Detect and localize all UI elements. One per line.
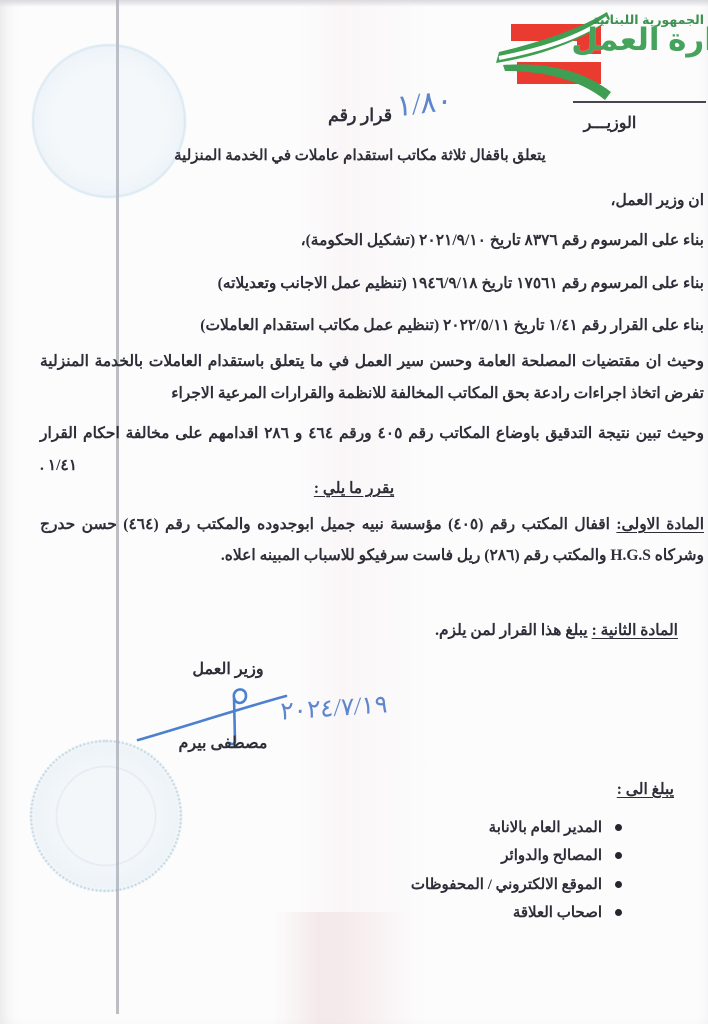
distribution-list: المدير العام بالانابة المصالح والدوائر ا… xyxy=(411,813,622,927)
decision-heading: يقرر ما يلي : xyxy=(0,479,708,498)
ministry-title: وزارة العمل xyxy=(590,22,708,58)
scan-smudge-bottom xyxy=(272,912,412,1024)
list-item: المصالح والدوائر xyxy=(411,842,622,871)
bullet-icon xyxy=(615,852,622,859)
list-item-label: المدير العام بالانابة xyxy=(489,818,602,837)
preamble-clause: وحيث تبين نتيجة التدقيق باوضاع المكاتب ر… xyxy=(40,418,704,481)
bullet-icon xyxy=(615,881,622,888)
article-two-label: المادة الثانية : xyxy=(592,622,678,639)
list-item-label: الموقع الالكتروني / المحفوظات xyxy=(411,875,602,894)
scanned-decree-page: الجمهورية اللبنانية وزارة العمل الوزيـــ… xyxy=(0,0,708,1024)
minister-label: الوزيـــر xyxy=(562,113,658,133)
decree-subject: يتعلق باقفال ثلاثة مكاتب استقدام عاملات … xyxy=(150,146,570,165)
preamble-clause: وحيث ان مقتضيات المصلحة العامة وحسن سير … xyxy=(40,346,704,409)
list-item: المدير العام بالانابة xyxy=(411,813,622,842)
article-two-text: يبلغ هذا القرار لمن يلزم. xyxy=(435,622,588,639)
bullet-icon xyxy=(615,824,622,831)
bullet-icon xyxy=(615,909,622,916)
header-divider xyxy=(573,101,706,103)
preamble-opening: ان وزير العمل، xyxy=(611,191,704,210)
round-stamp-faint-bottom xyxy=(30,740,182,892)
preamble-clause: بناء على المرسوم رقم ١٧٥٦١ تاريخ ١٩٤٦/٩/… xyxy=(218,274,704,293)
article-one: المادة الاولى: اقفال المكتب رقم (٤٠٥) مؤ… xyxy=(40,510,704,571)
article-two: المادة الثانية : يبلغ هذا القرار لمن يلز… xyxy=(435,621,678,640)
article-one-label: المادة الاولى: xyxy=(616,516,704,533)
signature-name: مصطفى بيرم xyxy=(163,733,283,753)
article-one-text: اقفال المكتب رقم (٤٠٥) مؤسسة نبيه جميل ا… xyxy=(40,516,704,564)
round-stamp-inner-ring xyxy=(56,766,156,866)
list-item-label: المصالح والدوائر xyxy=(501,846,602,865)
preamble-clause: بناء على القرار رقم ١/٤١ تاريخ ٢٠٢٢/٥/١١… xyxy=(200,316,704,335)
round-stamp-faint-top xyxy=(32,44,186,198)
decree-number-handwritten: ١/٨٠ xyxy=(396,82,453,124)
preamble-clause: بناء على المرسوم رقم ٨٣٧٦ تاريخ ٢٠٢١/٩/١… xyxy=(301,231,704,250)
distribution-heading: يبلغ الى : xyxy=(617,780,674,799)
list-item: اصحاب العلاقة xyxy=(411,899,622,928)
decree-number-label: قرار رقم xyxy=(328,105,392,126)
signature-title: وزير العمل xyxy=(176,659,280,679)
list-item-label: اصحاب العلاقة xyxy=(513,903,602,922)
list-item: الموقع الالكتروني / المحفوظات xyxy=(411,870,622,899)
